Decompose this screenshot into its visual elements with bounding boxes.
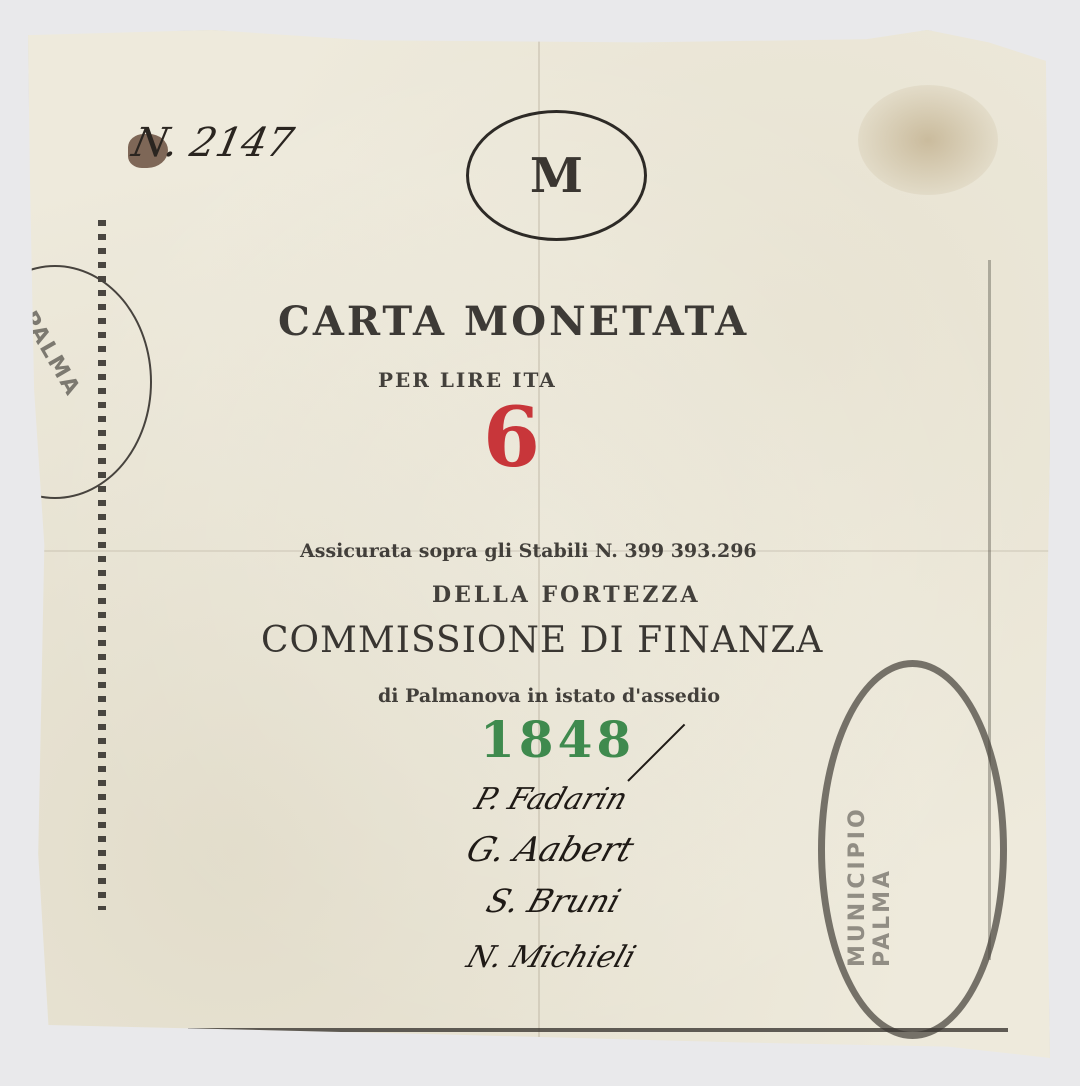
commission-title: COMMISSIONE DI FINANZA bbox=[261, 620, 823, 661]
banknote-title: CARTA MONETATA bbox=[278, 298, 749, 345]
left-circular-seal: PALMA bbox=[0, 265, 152, 499]
siege-line: di Palmanova in istato d'assedio bbox=[378, 685, 720, 707]
secured-line: Assicurata sopra gli Stabili N. 399 393.… bbox=[300, 540, 757, 562]
signature: P. Fadarin bbox=[470, 782, 632, 817]
stain-mark bbox=[858, 85, 998, 195]
right-stamp-text: MUNICIPIO PALMA bbox=[845, 737, 975, 967]
series-letter: M bbox=[530, 148, 583, 204]
banknote-paper: N. 2147 M PALMA CARTA MONETATA PER LIRE … bbox=[28, 30, 1050, 1060]
denomination-value: 6 bbox=[483, 390, 540, 486]
signature: S. Bruni bbox=[482, 882, 626, 920]
left-seal-text: PALMA bbox=[16, 307, 85, 401]
year-stamp: 1848 bbox=[480, 710, 635, 769]
bottom-border-rule bbox=[188, 1028, 1008, 1032]
signature: G. Aabert bbox=[462, 830, 639, 870]
denomination-label: PER LIRE ITA bbox=[378, 368, 557, 392]
series-oval-stamp: M bbox=[466, 110, 647, 241]
right-oval-stamp: MUNICIPIO PALMA bbox=[818, 660, 1007, 1039]
signature: N. Michieli bbox=[462, 940, 640, 975]
serial-number: N. 2147 bbox=[128, 120, 297, 166]
fortress-line: DELLA FORTEZZA bbox=[432, 582, 701, 608]
signature-flourish bbox=[627, 724, 685, 782]
